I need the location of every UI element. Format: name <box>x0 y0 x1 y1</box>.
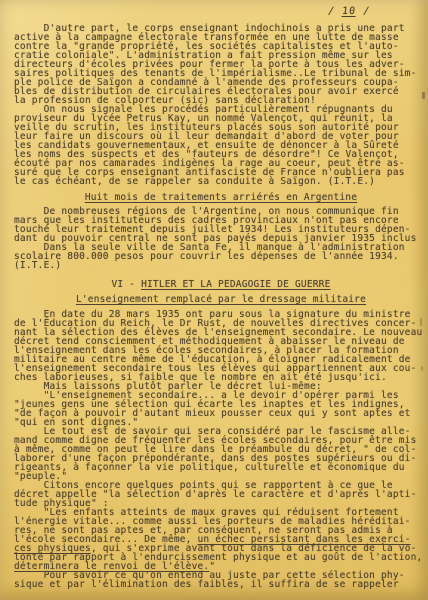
paper-speck <box>420 318 422 326</box>
document-body: D'autre part, le corps enseignant indoch… <box>14 24 428 589</box>
paper-speck <box>422 92 425 99</box>
heading-argentina: Huit mois de traitements arriérés en Arg… <box>14 193 428 202</box>
paragraph-argentina: De nombreuses régions de l'Argentine, on… <box>14 207 428 270</box>
page-number: / 10 / <box>327 6 370 17</box>
subsection-heading-dressage: L'enseignement remplacé par le dressage … <box>14 295 428 304</box>
subsection-title-text: L'enseignement remplacé par le dressage … <box>76 294 366 305</box>
paragraph-citons: Citons encore quelques points qui se rap… <box>14 481 428 508</box>
typewritten-document-page: / 10 / D'autre part, le corps enseignant… <box>0 0 428 600</box>
paragraph-selection-physique: "Les enfants atteints de maux graves qui… <box>14 508 428 571</box>
page-number-right-slash: / <box>355 6 370 17</box>
paper-speck <box>421 366 423 371</box>
paragraph-decree: En date du 28 mars 1935 ont paru sous la… <box>14 310 428 427</box>
paragraph-fascisme: Le tout est de savoir qui sera considéré… <box>14 427 428 481</box>
page-number-value: 10 <box>341 6 356 17</box>
paragraph-indochina-2: On nous signale les procédés particulièr… <box>14 105 428 186</box>
page-number-left-slash: / <box>327 6 342 17</box>
heading-argentina-text: Huit mois de traitements arriérés en Arg… <box>85 192 357 203</box>
section-title-text: HITLER ET LA PEDAGOGIE DE GUERRE <box>141 279 330 290</box>
paragraph-indochina-1: D'autre part, le corps enseignant indoch… <box>14 24 428 105</box>
section-heading-hitler: VI - HITLER ET LA PEDAGOGIE DE GUERRE <box>14 280 428 289</box>
paragraph-final: Pour savoir ce qu'on entend au juste par… <box>14 571 428 589</box>
section-number: VI - <box>111 279 141 290</box>
